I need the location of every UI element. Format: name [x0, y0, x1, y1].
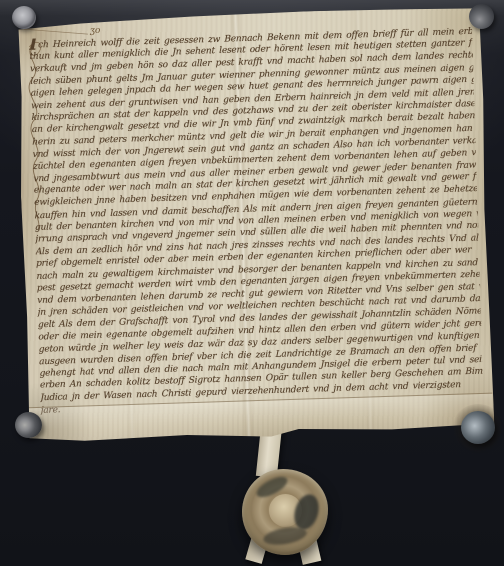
photo-background: ʒo Ich Heinreich wolff die zeit gesessen…: [0, 0, 504, 566]
pushpin-top-left: [12, 6, 36, 29]
archival-number-mark: ʒo: [90, 26, 101, 36]
pushpin-bottom-right: [461, 411, 495, 444]
seal-wax-patch: [262, 524, 308, 547]
pushpin-top-right: [469, 4, 494, 29]
pushpin-bottom-left: [15, 412, 42, 438]
opening-initial: I: [29, 34, 37, 50]
manuscript-text: Ich Heinreich wolff die zeit gesessen zw…: [29, 25, 484, 417]
parchment-document: ʒo Ich Heinreich wolff die zeit gesessen…: [15, 6, 494, 444]
